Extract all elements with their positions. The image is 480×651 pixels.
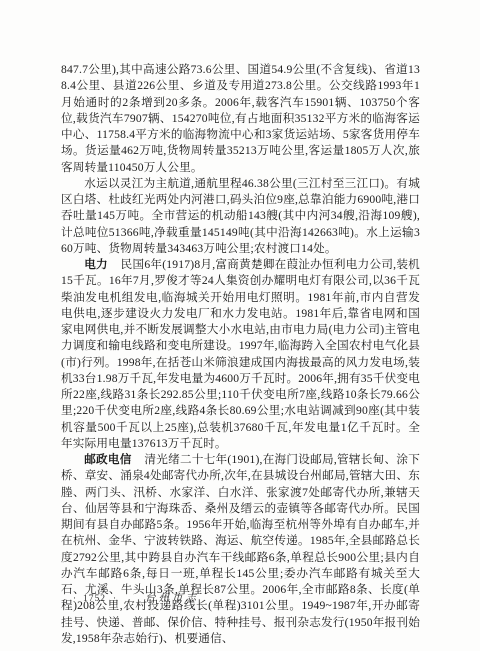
book-page: 847.7公里),其中高速公路73.6公里、国道54.9公里(不含复线)、省道1…	[0, 0, 480, 651]
book-title: 台州市志	[145, 590, 199, 605]
section-heading-electric-power: 电力	[84, 258, 108, 271]
paragraph-text: 民国6年(1917)8月,富商黄楚卿在葭沚办恒利电力公司,装机15千瓦。16年7…	[61, 258, 420, 450]
paragraph-roads-continuation: 847.7公里),其中高速公路73.6公里、国道54.9公里(不含复线)、省道1…	[61, 62, 420, 176]
section-heading-post-telecom: 邮政电信	[84, 453, 131, 466]
paragraph-text: 847.7公里),其中高速公路73.6公里、国道54.9公里(不含复线)、省道1…	[61, 63, 420, 174]
paragraph-text: 水运以灵江为主航道,通航里程46.38公里(三江村至三江口)。有城区白塔、杜歧红…	[61, 177, 420, 255]
page-number: 1752	[83, 594, 106, 604]
footer-dot-right: ·	[113, 593, 116, 603]
footer-dot-left: ·	[73, 593, 76, 603]
page-footer: · 1752 · 台州市志	[66, 590, 199, 605]
paragraph-post-telecom: 邮政电信清光绪二十七年(1901),在海门设邮局,管辖长甸、涂下桥、章安、涌泉4…	[61, 452, 420, 647]
paragraph-water-transport: 水运以灵江为主航道,通航里程46.38公里(三江村至三江口)。有城区白塔、杜歧红…	[61, 176, 420, 257]
text-block: 847.7公里),其中高速公路73.6公里、国道54.9公里(不含复线)、省道1…	[61, 62, 420, 647]
paragraph-electric-power: 电力民国6年(1917)8月,富商黄楚卿在葭沚办恒利电力公司,装机15千瓦。16…	[61, 257, 420, 452]
paragraph-text: 清光绪二十七年(1901),在海门设邮局,管辖长甸、涂下桥、章安、涌泉4处邮寄代…	[61, 453, 420, 645]
